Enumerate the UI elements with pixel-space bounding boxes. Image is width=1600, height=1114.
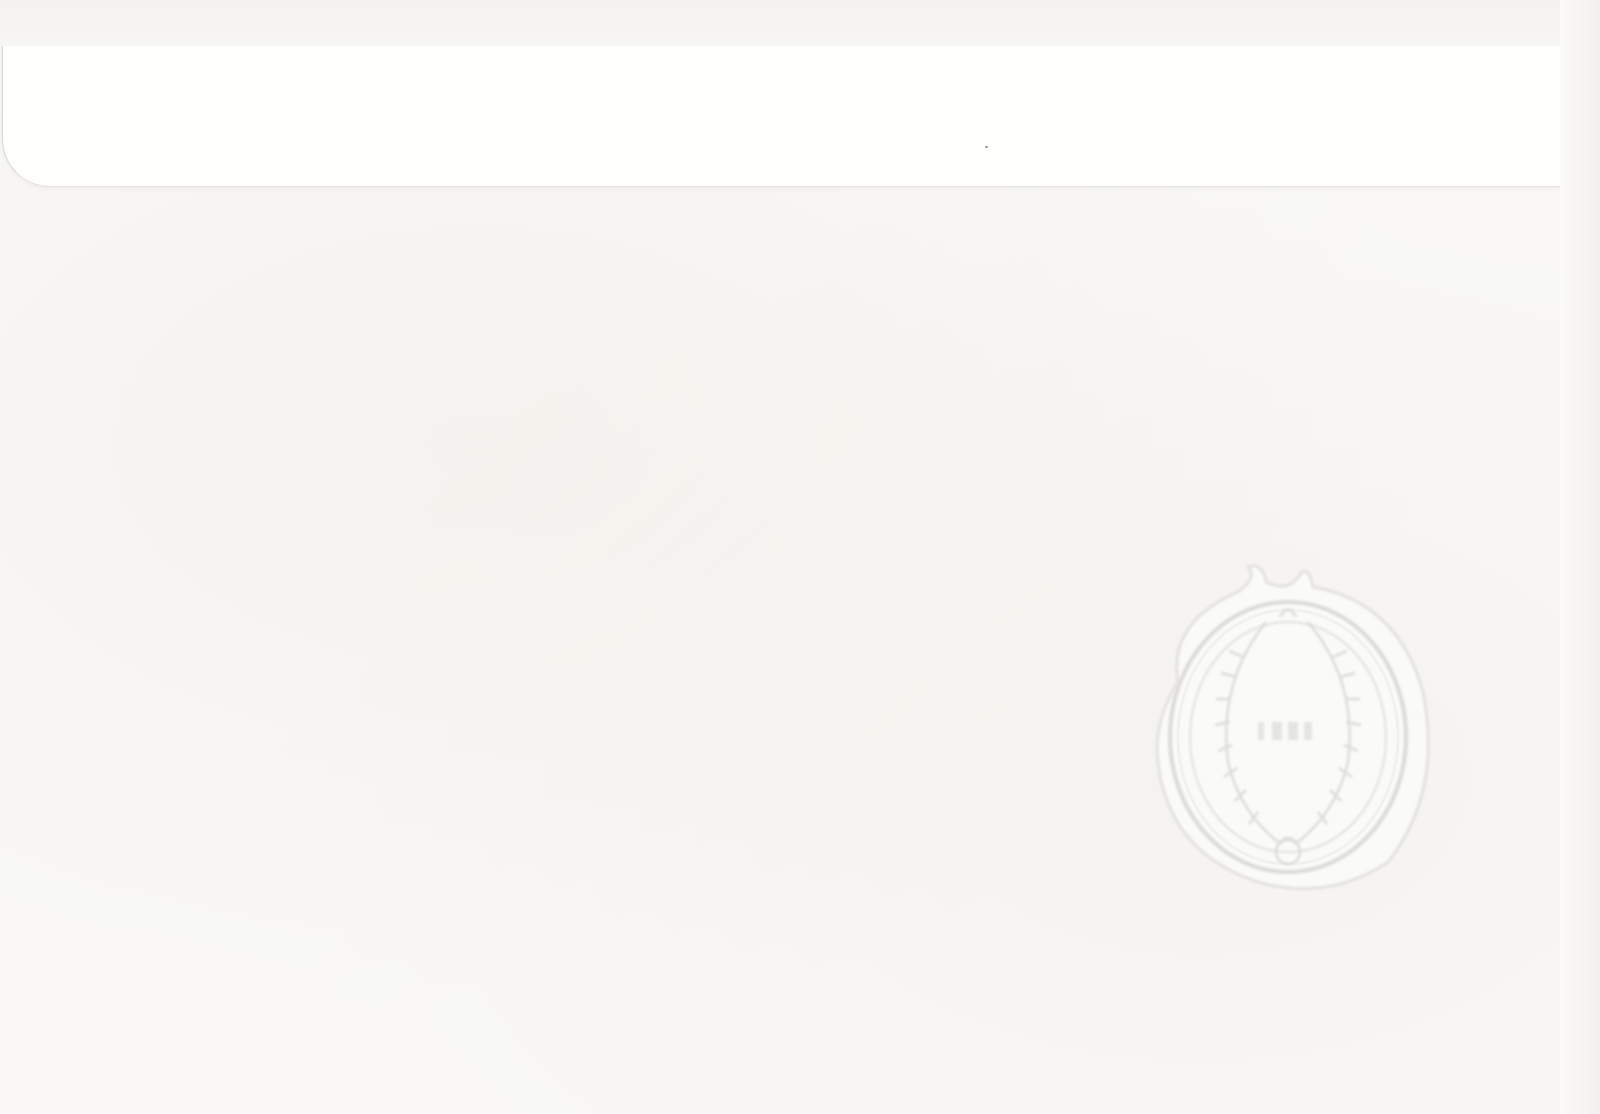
seal-icon <box>1148 562 1438 892</box>
paper-speck <box>985 146 988 148</box>
envelope-top-edge <box>0 0 1600 48</box>
envelope-right-edge <box>1560 0 1600 1114</box>
embossed-seal <box>1148 562 1438 892</box>
envelope-flap <box>2 46 1563 187</box>
